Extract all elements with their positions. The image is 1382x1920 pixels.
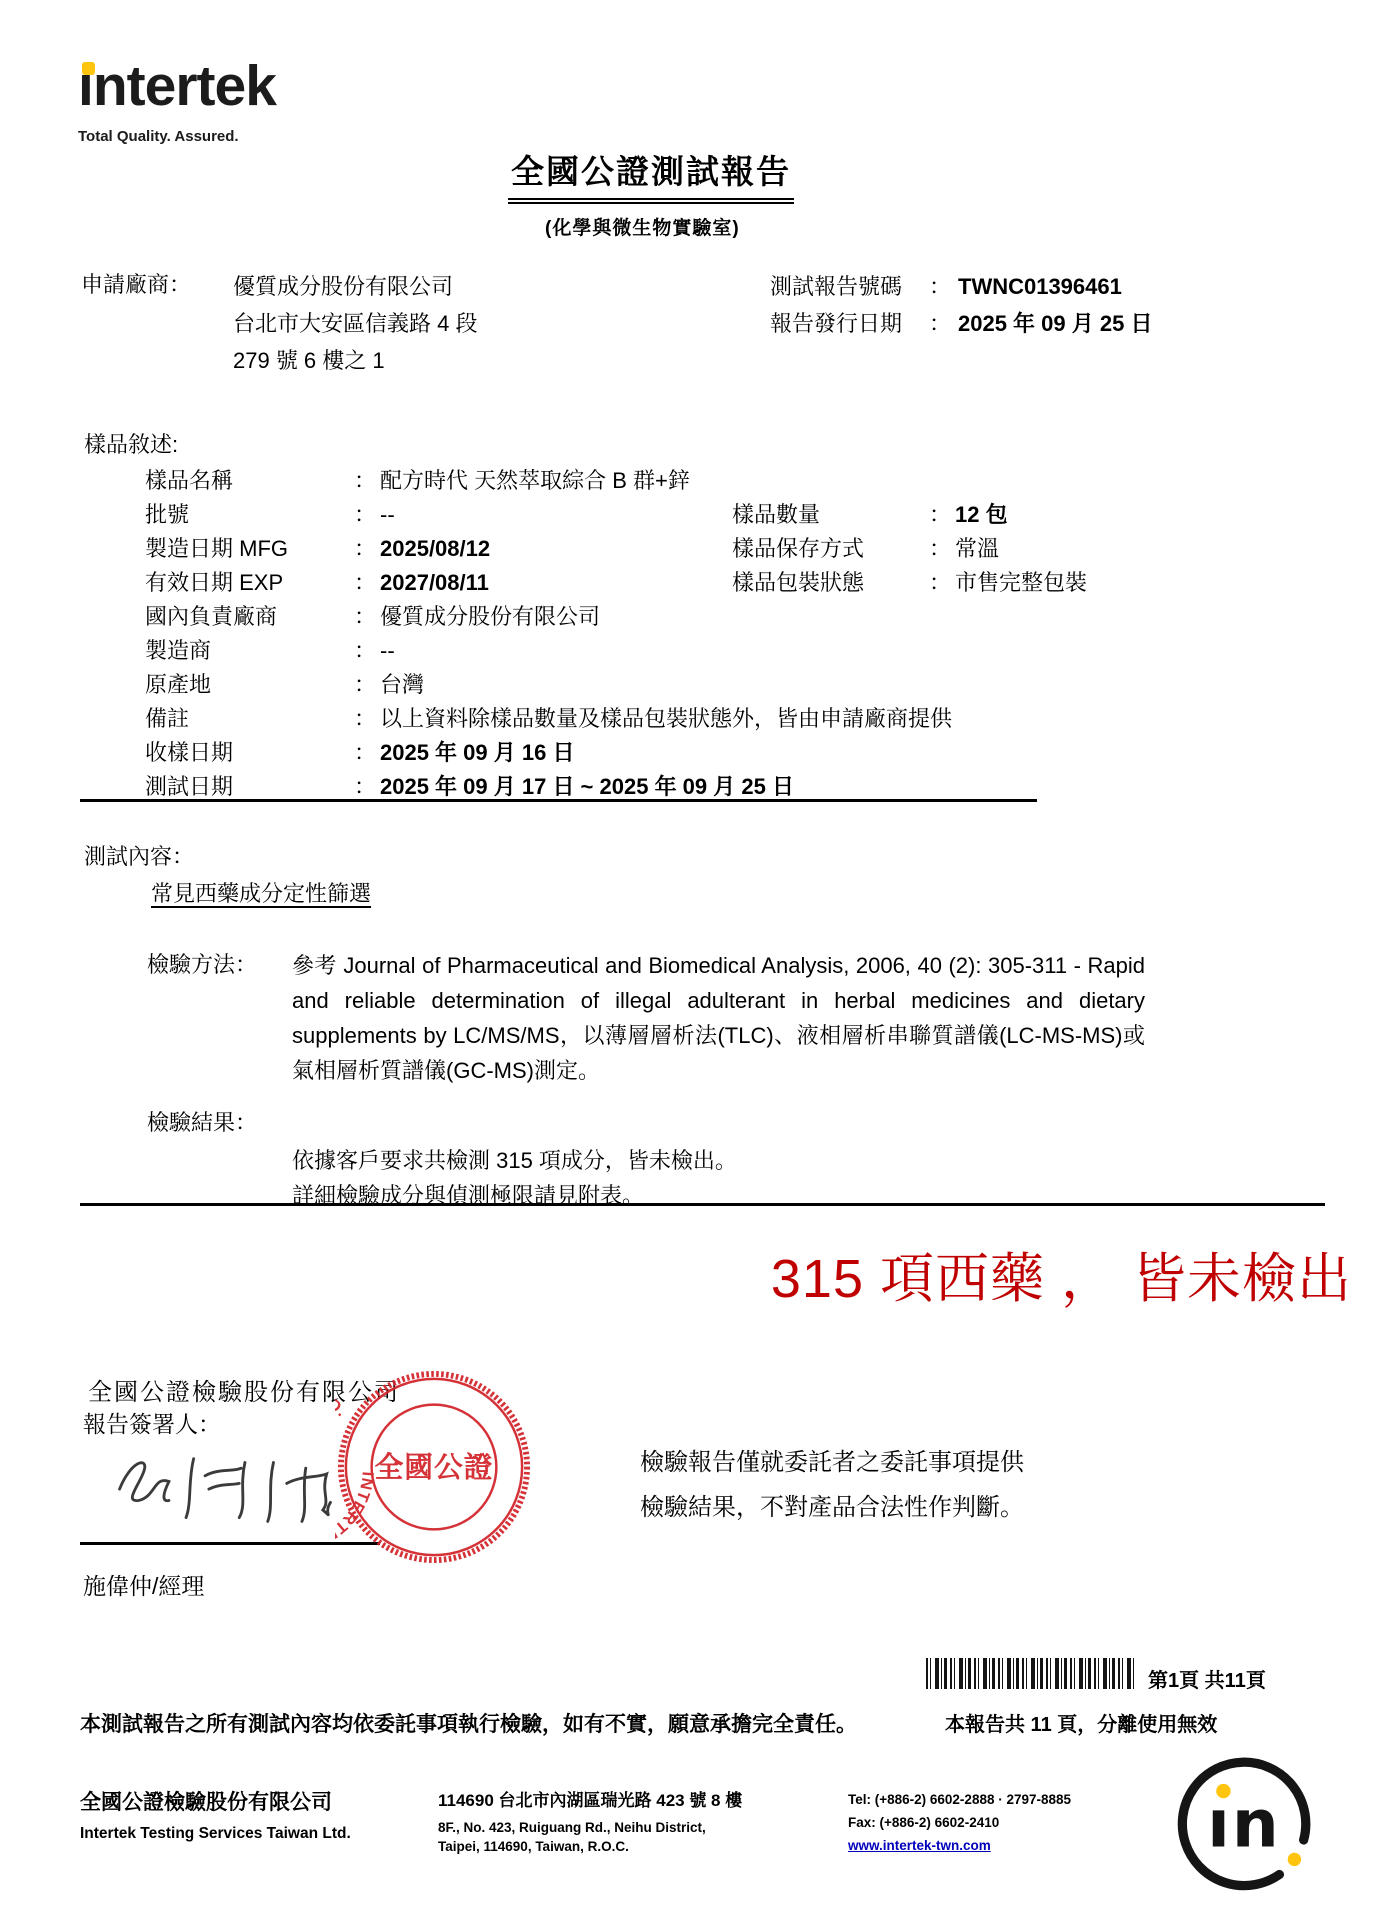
sample-field-row: 樣品包裝狀態 ： 市售完整包裝 [732, 566, 1087, 600]
copies-note: 本報告共 11 頁，分離使用無效 [945, 1708, 1217, 1737]
barcode-icon [926, 1658, 1134, 1689]
field-label: 樣品包裝狀態 [732, 566, 929, 600]
field-label: 製造日期 MFG [145, 532, 354, 566]
footer-website-link[interactable]: www.intertek-twn.com [848, 1838, 991, 1853]
colon: ： [354, 634, 380, 668]
colon: ： [354, 668, 380, 702]
signature-handwriting [105, 1434, 345, 1529]
report-no-row: 測試報告號碼 ： TWNC01396461 [770, 268, 1152, 305]
stamp-center-text: 全國公證 [375, 1451, 494, 1484]
field-value: 優質成分股份有限公司 [380, 600, 600, 634]
field-label: 樣品數量 [732, 498, 929, 532]
applicant-address-line2: 279 號 6 樓之 1 [233, 342, 477, 379]
field-value: 2027/08/11 [380, 566, 489, 600]
field-label: 批號 [145, 498, 354, 532]
field-value: 2025/08/12 [380, 532, 490, 566]
applicant-info: 優質成分股份有限公司 台北市大安區信義路 4 段 279 號 6 樓之 1 [233, 268, 477, 379]
logo-wordmark-text: intertek [78, 54, 276, 118]
colon: ： [929, 498, 955, 532]
test-item: 常見西藥成分定性篩選 [151, 877, 371, 908]
field-value: 配方時代 天然萃取綜合 B 群+鋅 [380, 464, 690, 498]
issue-date-row: 報告發行日期 ： 2025 年 09 月 25 日 [770, 305, 1152, 342]
result-label: 檢驗結果： [147, 1106, 257, 1137]
footer-address: 114690 台北市內湖區瑞光路 423 號 8 樓 8F., No. 423,… [438, 1786, 742, 1856]
field-value: 以上資料除樣品數量及樣品包裝狀態外，皆由申請廠商提供 [380, 702, 952, 736]
sample-field-row: 收樣日期 ： 2025 年 09 月 16 日 [145, 736, 952, 770]
statement-line: 檢驗結果，不對產品合法性作判斷。 [640, 1485, 1024, 1530]
footer-address-zh: 114690 台北市內湖區瑞光路 423 號 8 樓 [438, 1786, 742, 1811]
field-value: 常溫 [955, 532, 999, 566]
colon: ： [929, 566, 955, 600]
colon: ： [929, 532, 955, 566]
colon: ： [354, 464, 380, 498]
intertek-logo: intertek Total Quality. Assured. [78, 55, 276, 145]
applicant-name: 優質成分股份有限公司 [233, 268, 477, 305]
colon: ： [354, 532, 380, 566]
field-value: -- [380, 498, 395, 532]
logo-tagline: Total Quality. Assured. [78, 128, 276, 145]
footer-tel: Tel: (+886-2) 6602-2888 · 2797-8885 [848, 1788, 1071, 1811]
field-label: 有效日期 EXP [145, 566, 354, 600]
sample-field-row: 原產地 ： 台灣 [145, 668, 952, 702]
sample-section-heading: 樣品敘述: [84, 428, 178, 459]
logo-wordmark: intertek [78, 55, 276, 118]
field-value: 台灣 [380, 668, 424, 702]
footer-fax: Fax: (+886-2) 6602-2410 [848, 1811, 1071, 1834]
sample-field-row: 國內負責廠商 ： 優質成分股份有限公司 [145, 600, 952, 634]
field-value: 2025 年 09 月 16 日 [380, 736, 574, 770]
colon: ： [354, 702, 380, 736]
issue-date-label: 報告發行日期 [770, 305, 922, 342]
field-value: 市售完整包裝 [955, 566, 1087, 600]
report-title: 全國公證測試報告 [508, 146, 794, 204]
colon: ： [922, 305, 958, 342]
intertek-roundel-icon: ın [1172, 1752, 1316, 1896]
footer-address-en-line1: 8F., No. 423, Ruiguang Rd., Neihu Distri… [438, 1818, 742, 1837]
sample-field-row: 製造商 ： -- [145, 634, 952, 668]
footer-contact: Tel: (+886-2) 6602-2888 · 2797-8885 Fax:… [848, 1788, 1071, 1857]
method-label: 檢驗方法： [147, 948, 257, 979]
field-value: 12 包 [955, 498, 1008, 532]
report-no-label: 測試報告號碼 [770, 268, 922, 305]
applicant-label: 申請廠商： [81, 268, 191, 299]
field-label: 製造商 [145, 634, 354, 668]
colon: ： [922, 268, 958, 305]
footer-company-en: Intertek Testing Services Taiwan Ltd. [80, 1825, 351, 1843]
result-line: 依據客戶要求共檢測 315 項成分，皆未檢出。 [292, 1143, 737, 1178]
sample-fields-right: 樣品數量 ： 12 包 樣品保存方式 ： 常溫 樣品包裝狀態 ： 市售完整包裝 [732, 498, 1087, 600]
sample-field-row: 備註 ： 以上資料除樣品數量及樣品包裝狀態外，皆由申請廠商提供 [145, 702, 952, 736]
page-number-info: 第1頁 共11頁 [1148, 1664, 1266, 1693]
footer-company: 全國公證檢驗股份有限公司 Intertek Testing Services T… [80, 1786, 351, 1843]
colon: ： [354, 600, 380, 634]
method-text: 參考 Journal of Pharmaceutical and Biomedi… [292, 948, 1145, 1088]
test-content-heading: 測試內容： [84, 840, 194, 871]
field-label: 樣品名稱 [145, 464, 354, 498]
field-label: 備註 [145, 702, 354, 736]
report-subtitle: (化學與微生物實驗室) [545, 213, 740, 240]
field-label: 國內負責廠商 [145, 600, 354, 634]
report-meta: 測試報告號碼 ： TWNC01396461 報告發行日期 ： 2025 年 09… [770, 268, 1152, 342]
report-no-value: TWNC01396461 [958, 268, 1122, 305]
statement-line: 檢驗報告僅就委託者之委託事項提供 [640, 1440, 1024, 1485]
report-page: intertek Total Quality. Assured. 全國公證測試報… [0, 0, 1382, 1920]
sample-field-row: 樣品數量 ： 12 包 [732, 498, 1087, 532]
sample-field-row: 樣品名稱 ： 配方時代 天然萃取綜合 B 群+鋅 [145, 464, 952, 498]
issue-date-value: 2025 年 09 月 25 日 [958, 305, 1152, 342]
field-label: 收樣日期 [145, 736, 354, 770]
field-label: 原產地 [145, 668, 354, 702]
field-label: 樣品保存方式 [732, 532, 929, 566]
colon: ： [354, 736, 380, 770]
footer-address-en: 8F., No. 423, Ruiguang Rd., Neihu Distri… [438, 1818, 742, 1856]
result-line: 詳細檢驗成分與偵測極限請見附表。 [292, 1178, 737, 1213]
highlight-result-text: 315 項西藥 ， 皆未檢出 [600, 1236, 1352, 1313]
footer-address-en-line2: Taipei, 114690, Taiwan, R.O.C. [438, 1837, 742, 1856]
applicant-address-line1: 台北市大安區信義路 4 段 [233, 305, 477, 342]
logo-yellow-dot-icon [82, 62, 95, 75]
declaration-text: 本測試報告之所有測試內容均依委託事項執行檢驗，如有不實，願意承擔完全責任。 [80, 1708, 857, 1738]
footer-company-zh: 全國公證檢驗股份有限公司 [80, 1786, 351, 1816]
company-seal-stamp-icon: INTERTEK TESTING SERVICES TAIWAN LTD. 全國… [335, 1368, 533, 1566]
svg-text:ın: ın [1207, 1786, 1281, 1863]
field-value: -- [380, 634, 395, 668]
colon: ： [354, 566, 380, 600]
divider [80, 1203, 1325, 1206]
liability-statement: 檢驗報告僅就委託者之委託事項提供 檢驗結果，不對產品合法性作判斷。 [640, 1440, 1024, 1530]
signer-name-title: 施偉仲/經理 [83, 1568, 204, 1601]
divider [80, 799, 1037, 802]
colon: ： [354, 498, 380, 532]
sample-field-row: 樣品保存方式 ： 常溫 [732, 532, 1087, 566]
